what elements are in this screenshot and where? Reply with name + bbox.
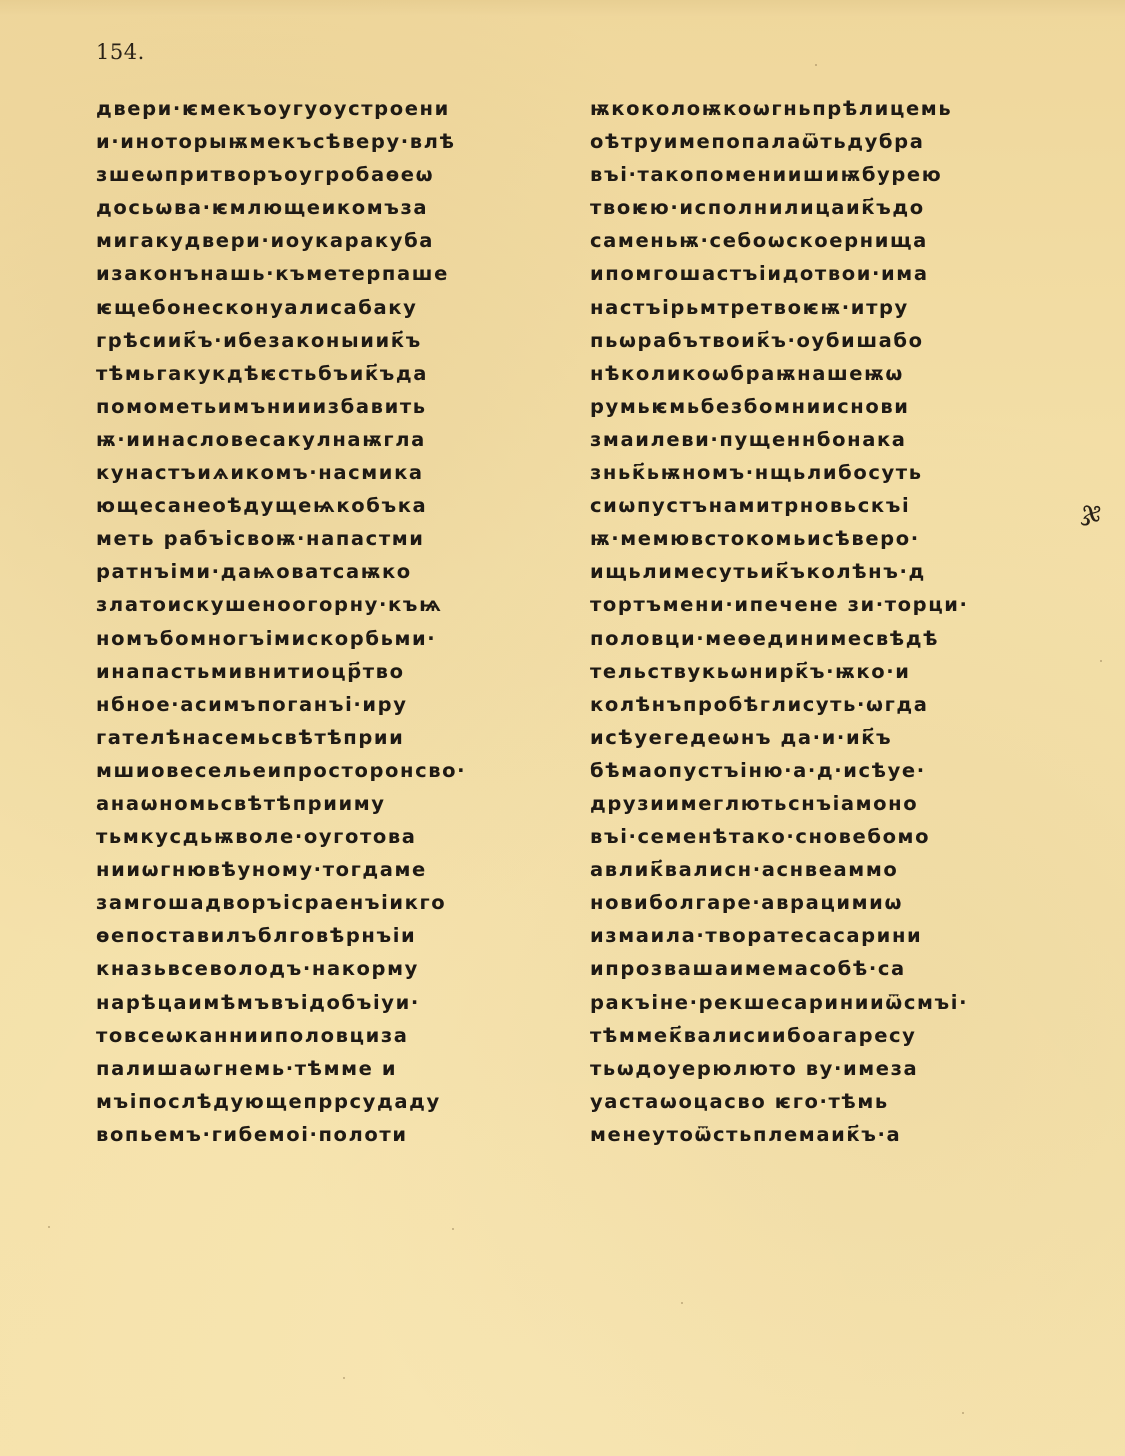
- manuscript-line: ипомгошастъіидотвои·има: [590, 257, 1080, 290]
- manuscript-line: сиѡпустънамитрновьскъі: [590, 489, 1080, 522]
- manuscript-line: замгошадворъісраенъіикго: [96, 886, 556, 919]
- manuscript-column-right: ѭкоколоѭкоѡгньпрѣлицемь оѣтруимепопалаѿт…: [590, 92, 1080, 1151]
- manuscript-line: гателѣнасемьсвѣтѣприи: [96, 721, 556, 754]
- manuscript-line: тортъмени·ипечене зи·торци·: [590, 588, 1080, 621]
- paper-speck: [48, 1226, 50, 1228]
- manuscript-line: тѣмьгакукдѣѥстьбъик҃ъда: [96, 357, 556, 390]
- manuscript-line: тьмкусдьѭволе·оуготова: [96, 820, 556, 853]
- manuscript-line: змаилеви·пущеннбонака: [590, 423, 1080, 456]
- manuscript-line: ѭкоколоѭкоѡгньпрѣлицемь: [590, 92, 1080, 125]
- manuscript-line: ипрозвашаимемасобѣ·са: [590, 952, 1080, 985]
- page-number: 154.: [96, 40, 145, 64]
- paper-speck: [815, 64, 817, 66]
- manuscript-line: инапастьмивнитиоцр҃тво: [96, 655, 556, 688]
- manuscript-line: кунастъиѧикомъ·насмика: [96, 456, 556, 489]
- manuscript-line: кназьвсеволодъ·накорму: [96, 952, 556, 985]
- paper-speck: [1100, 660, 1102, 662]
- manuscript-line: зшеѡпритворъоугробаѳеѡ: [96, 158, 556, 191]
- manuscript-line: номъбомногъімискорбьми·: [96, 622, 556, 655]
- manuscript-line: анаѡномьсвѣтѣприиму: [96, 787, 556, 820]
- paper-speck: [343, 1377, 345, 1379]
- manuscript-line: тельствукьѡнирк҃ъ·ѭко·и: [590, 655, 1080, 688]
- manuscript-line: нбное·асимъпоганъі·иру: [96, 688, 556, 721]
- manuscript-line: палишаѡгнемь·тѣмме и: [96, 1052, 556, 1085]
- manuscript-line: твоѥю·исполнилицаик҃ъдо: [590, 191, 1080, 224]
- manuscript-line: ищьлимесутьик҃ъколѣнъ·д: [590, 555, 1080, 588]
- manuscript-line: зньк҃ьѭномъ·нщьлибосуть: [590, 456, 1080, 489]
- manuscript-line: ѳепоставилъблговѣрнъіи: [96, 919, 556, 952]
- manuscript-line: ѭ·мемювстокомьисѣверо·: [590, 522, 1080, 555]
- manuscript-line: изаконънашь·къметерпаше: [96, 257, 556, 290]
- marginal-annotation-mark-icon: ჯ: [1080, 493, 1104, 528]
- paper-speck: [681, 1302, 683, 1304]
- paper-speck: [962, 1412, 964, 1414]
- manuscript-line: и·иноторыѭмекъсѣверу·влѣ: [96, 125, 556, 158]
- manuscript-line: златоискушеноогорну·къѩ: [96, 588, 556, 621]
- manuscript-line: досьѡва·ѥмлющеикомъза: [96, 191, 556, 224]
- manuscript-line: вопьемъ·гибемоі·полоти: [96, 1118, 556, 1151]
- manuscript-line: нииѡгнювѣуному·тогдаме: [96, 853, 556, 886]
- manuscript-line: уастаѡоцасво ѥго·тѣмь: [590, 1085, 1080, 1118]
- manuscript-line: тьѡдоуерюлюто ву·имеза: [590, 1052, 1080, 1085]
- manuscript-line: ющесанеоѣдущеѩкобъка: [96, 489, 556, 522]
- manuscript-line: исѣуегедеѡнъ да·и·ик҃ъ: [590, 721, 1080, 754]
- manuscript-line: нарѣцаимѣмъвъідобъіуи·: [96, 986, 556, 1019]
- manuscript-line: новиболгаре·аврацимиѡ: [590, 886, 1080, 919]
- manuscript-line: авлик҃валисн·аснвеаммо: [590, 853, 1080, 886]
- manuscript-line: половци·меѳединимесвѣдѣ: [590, 622, 1080, 655]
- manuscript-line: двери·ѥмекъоугуоустроени: [96, 92, 556, 125]
- paper-speck: [452, 1228, 454, 1230]
- manuscript-line: настъірьмтретвоѥѭ·итру: [590, 291, 1080, 324]
- manuscript-line: въі·семенѣтако·сновебомо: [590, 820, 1080, 853]
- manuscript-line: ѥщебонесконуалисабаку: [96, 291, 556, 324]
- manuscript-line: мигакудвери·иоукаракуба: [96, 224, 556, 257]
- manuscript-line: ратнъіми·даѩоватсаѭко: [96, 555, 556, 588]
- manuscript-line: румьѥмьбезбомнииснови: [590, 390, 1080, 423]
- manuscript-line: помометьимънииизбавить: [96, 390, 556, 423]
- manuscript-line: нѣколикоѡбраѭнашеѭѡ: [590, 357, 1080, 390]
- manuscript-line: пьѡрабътвоик҃ъ·оубишабо: [590, 324, 1080, 357]
- manuscript-line: въі·такопомениишиѭбурею: [590, 158, 1080, 191]
- manuscript-line: друзиимеглютьснъіамоно: [590, 787, 1080, 820]
- manuscript-line: товсеѡканнииполовцизa: [96, 1019, 556, 1052]
- manuscript-line: грѣсиик҃ъ·ибезаконыиик҃ъ: [96, 324, 556, 357]
- manuscript-line: мъіпослѣдующепррсудаду: [96, 1085, 556, 1118]
- manuscript-line: бѣмаопустъіню·а·д·исѣуе·: [590, 754, 1080, 787]
- manuscript-line: ракъіне·рекшесаринииѿсмъі·: [590, 986, 1080, 1019]
- manuscript-line: тѣммек҃валисиибоагаресу: [590, 1019, 1080, 1052]
- manuscript-column-left: двери·ѥмекъоугуоустроени и·иноторыѭмекъс…: [96, 92, 556, 1151]
- manuscript-line: ѭ·иинасловесакулнаѭгла: [96, 423, 556, 456]
- manuscript-line: саменьѭ·себоѡскоернища: [590, 224, 1080, 257]
- manuscript-line: оѣтруимепопалаѿтьдубра: [590, 125, 1080, 158]
- manuscript-line: колѣнъпробѣглисуть·ѡгда: [590, 688, 1080, 721]
- manuscript-line: менеутоѿстьплемаик҃ъ·а: [590, 1118, 1080, 1151]
- manuscript-line: мшиовесельеипросторонсво·: [96, 754, 556, 787]
- manuscript-line: меть рабъісвоѭ·напастми: [96, 522, 556, 555]
- manuscript-line: измаила·творатесасарини: [590, 919, 1080, 952]
- page-top-edge: [0, 0, 1125, 16]
